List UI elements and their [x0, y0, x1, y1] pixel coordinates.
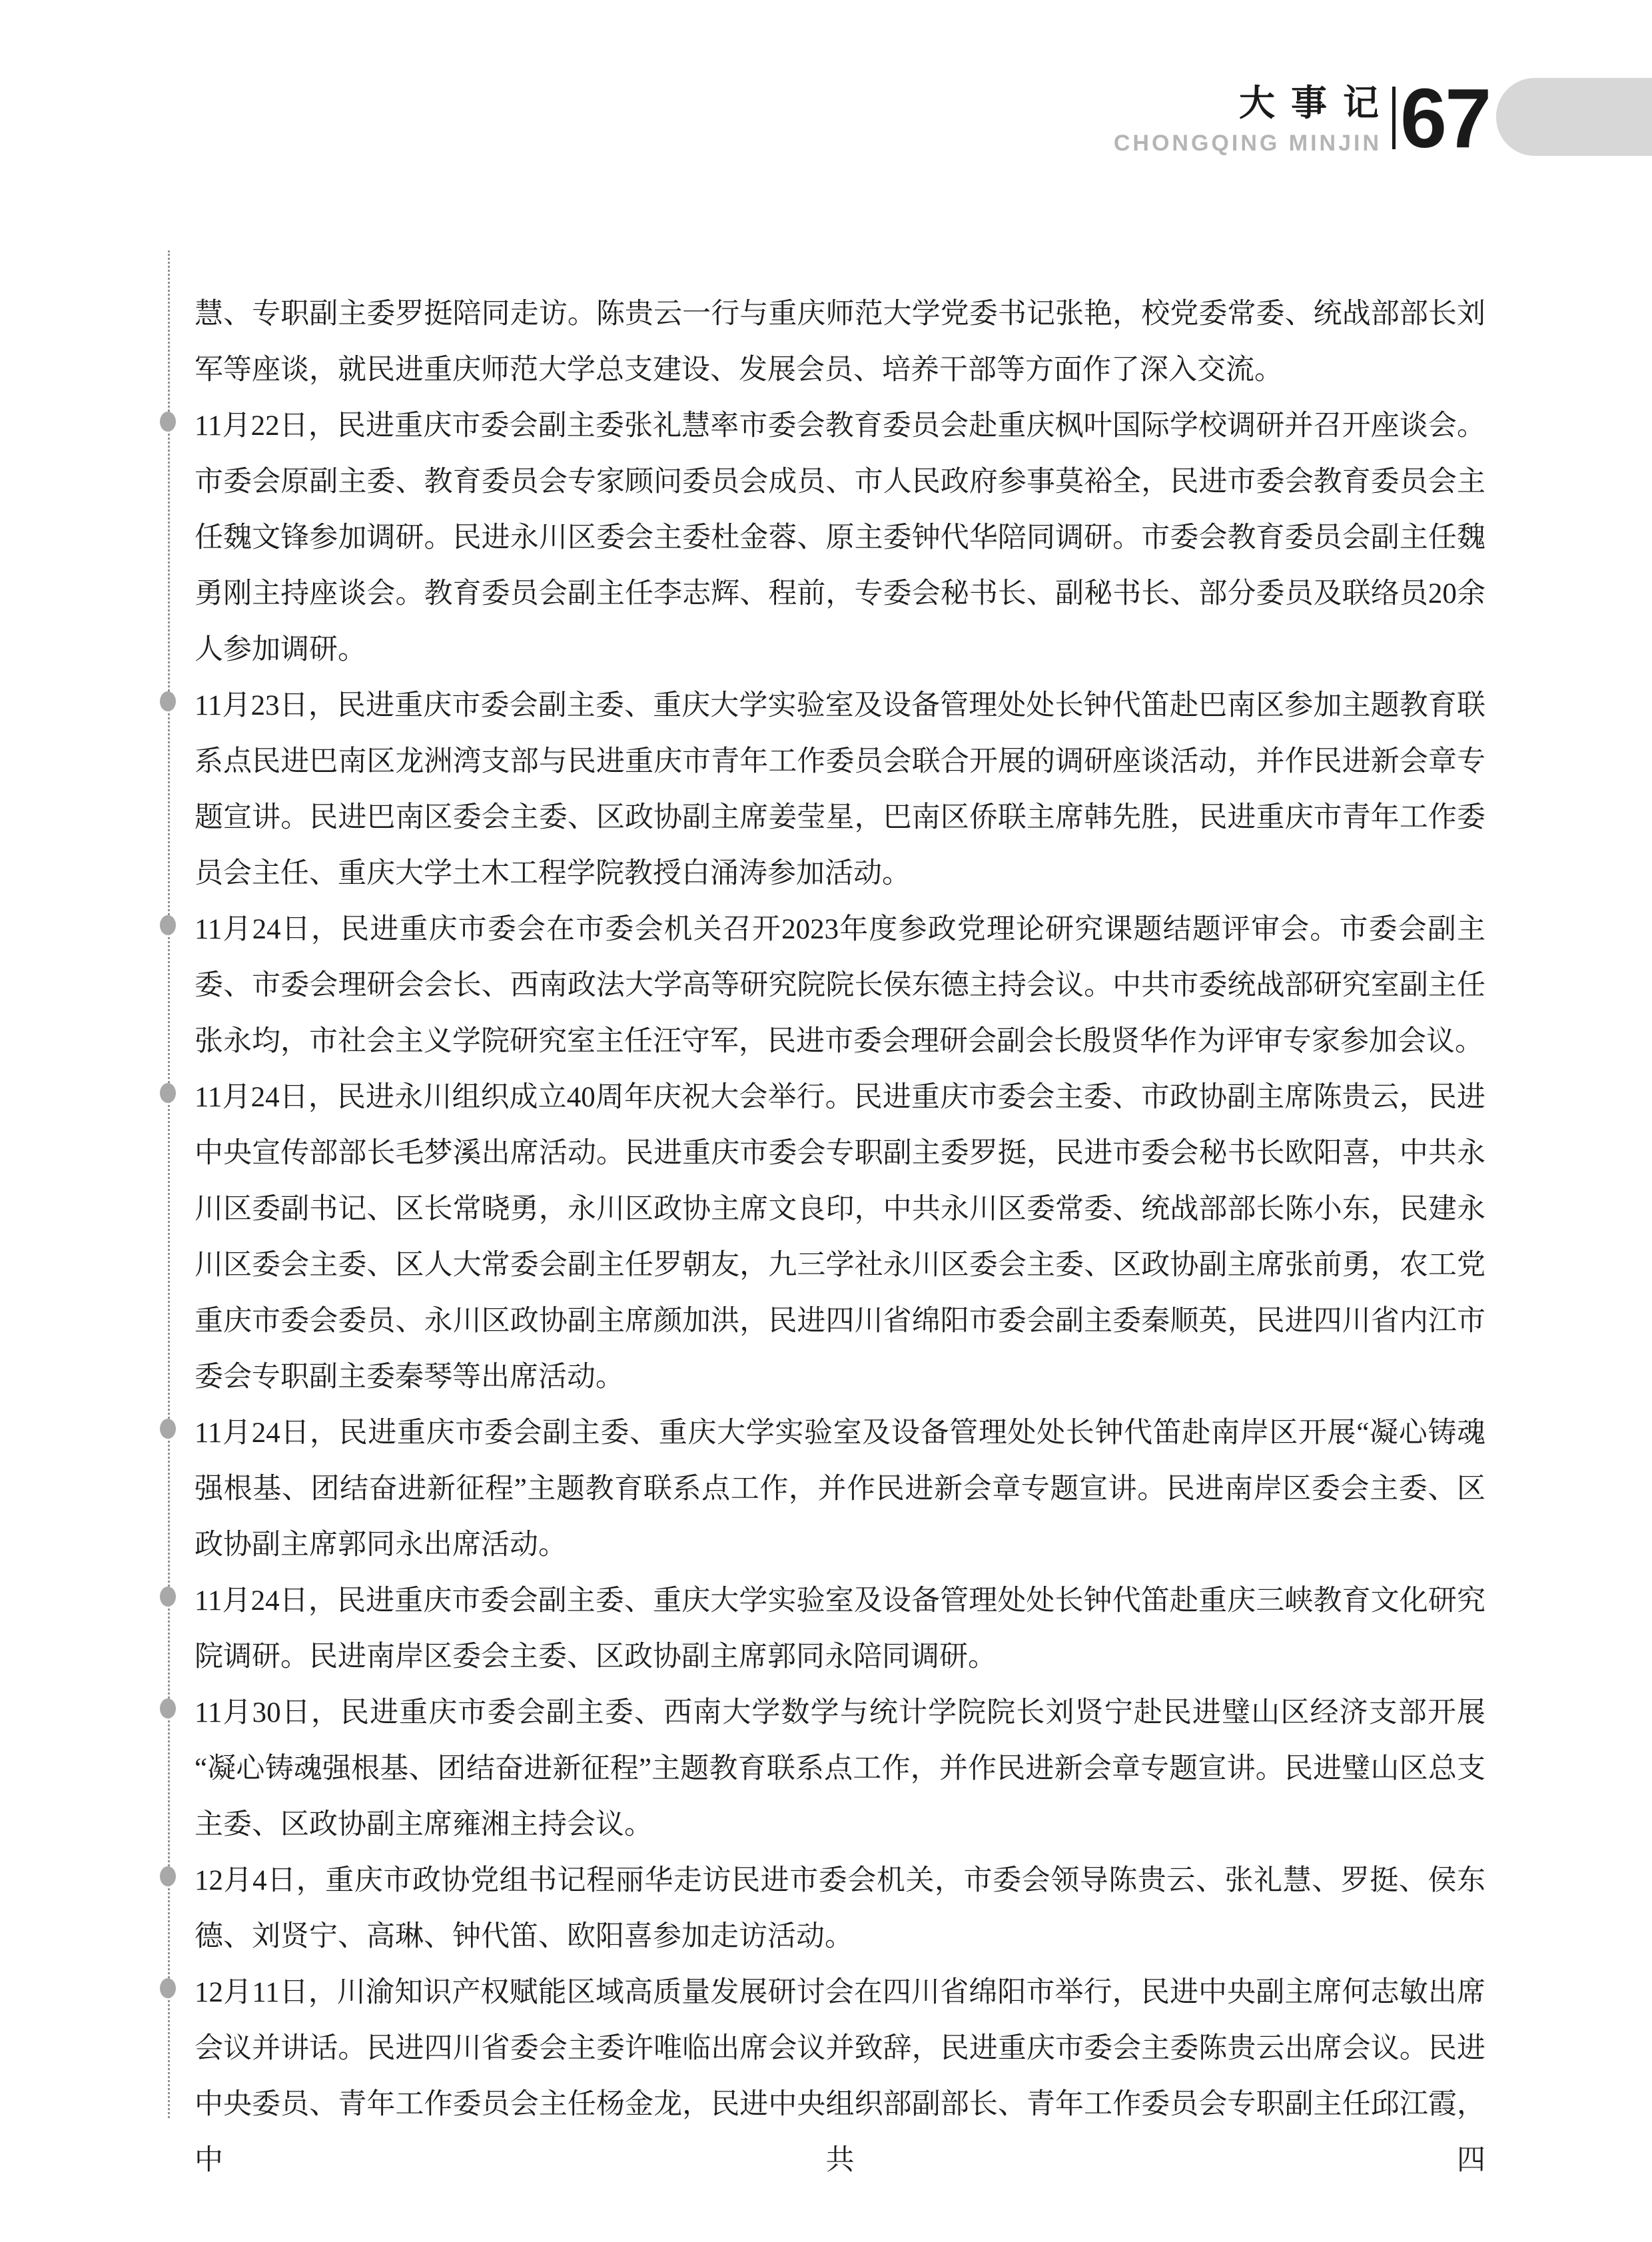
- chronicle-entry: 11月24日，民进永川组织成立40周年庆祝大会举行。民进重庆市委会主委、市政协副…: [195, 1070, 1485, 1405]
- magazine-page: 大事记 CHONGQING MINJIN 67 慧、专职副主委罗挺陪同走访。陈贵…: [0, 0, 1652, 2242]
- chronicle-entry: 12月11日，川渝知识产权赋能区域高质量发展研讨会在四川省绵阳市举行，民进中央副…: [195, 1965, 1485, 2189]
- timeline-bullet-icon: [160, 1866, 176, 1886]
- entry-text: 11月23日，民进重庆市委会副主委、重庆大学实验室及设备管理处处长钟代笛赴巴南区…: [195, 678, 1485, 902]
- entry-text: 11月24日，民进永川组织成立40周年庆祝大会举行。民进重庆市委会主委、市政协副…: [195, 1070, 1485, 1405]
- entry-text: 11月24日，民进重庆市委会副主委、重庆大学实验室及设备管理处处长钟代笛赴重庆三…: [195, 1573, 1485, 1685]
- entry-text: 12月11日，川渝知识产权赋能区域高质量发展研讨会在四川省绵阳市举行，民进中央副…: [195, 1965, 1485, 2189]
- timeline-bullet-icon: [160, 1978, 176, 1998]
- timeline-bullet-icon: [160, 1698, 176, 1718]
- chronicle-entry: 慧、专职副主委罗挺陪同走访。陈贵云一行与重庆师范大学党委书记张艳，校党委常委、统…: [195, 286, 1485, 398]
- header-corner-tab: [1496, 78, 1652, 156]
- timeline-bullet-icon: [160, 1587, 176, 1607]
- chronicle-entry: 11月24日，民进重庆市委会副主委、重庆大学实验室及设备管理处处长钟代笛赴重庆三…: [195, 1573, 1485, 1685]
- timeline-bullet-icon: [160, 915, 176, 935]
- chronicle-entry: 12月4日，重庆市政协党组书记程丽华走访民进市委会机关，市委会领导陈贵云、张礼慧…: [195, 1853, 1485, 1965]
- timeline-bullet-icon: [160, 1083, 176, 1103]
- entry-text: 11月24日，民进重庆市委会副主委、重庆大学实验室及设备管理处处长钟代笛赴南岸区…: [195, 1405, 1485, 1573]
- chronicle-entry: 11月23日，民进重庆市委会副主委、重庆大学实验室及设备管理处处长钟代笛赴巴南区…: [195, 678, 1485, 902]
- chronicle-entry: 11月30日，民进重庆市委会副主委、西南大学数学与统计学院院长刘贤宁赴民进璧山区…: [195, 1685, 1485, 1853]
- timeline-bullet-icon: [160, 412, 176, 432]
- chronicle-entry: 11月24日，民进重庆市委会副主委、重庆大学实验室及设备管理处处长钟代笛赴南岸区…: [195, 1405, 1485, 1573]
- entry-text: 12月4日，重庆市政协党组书记程丽华走访民进市委会机关，市委会领导陈贵云、张礼慧…: [195, 1853, 1485, 1965]
- page-subtitle: CHONGQING MINJIN: [1114, 132, 1382, 155]
- chronicle-entry: 11月24日，民进重庆市委会在市委会机关召开2023年度参政党理论研究课题结题评…: [195, 902, 1485, 1070]
- entry-list: 慧、专职副主委罗挺陪同走访。陈贵云一行与重庆师范大学党委书记张艳，校党委常委、统…: [195, 286, 1485, 2189]
- timeline-dotted-line: [168, 250, 170, 2118]
- entry-text: 11月24日，民进重庆市委会在市委会机关召开2023年度参政党理论研究课题结题评…: [195, 902, 1485, 1070]
- entry-text: 11月22日，民进重庆市委会副主委张礼慧率市委会教育委员会赴重庆枫叶国际学校调研…: [195, 398, 1485, 678]
- entry-text: 慧、专职副主委罗挺陪同走访。陈贵云一行与重庆师范大学党委书记张艳，校党委常委、统…: [195, 286, 1485, 398]
- page-number: 67: [1400, 85, 1489, 152]
- timeline-bullet-icon: [160, 691, 176, 711]
- page-title: 大事记: [1239, 85, 1395, 121]
- timeline-bullet-icon: [160, 1419, 176, 1439]
- entry-text: 11月30日，民进重庆市委会副主委、西南大学数学与统计学院院长刘贤宁赴民进璧山区…: [195, 1685, 1485, 1853]
- chronicle-entry: 11月22日，民进重庆市委会副主委张礼慧率市委会教育委员会赴重庆枫叶国际学校调研…: [195, 398, 1485, 678]
- header-divider: [1392, 87, 1396, 149]
